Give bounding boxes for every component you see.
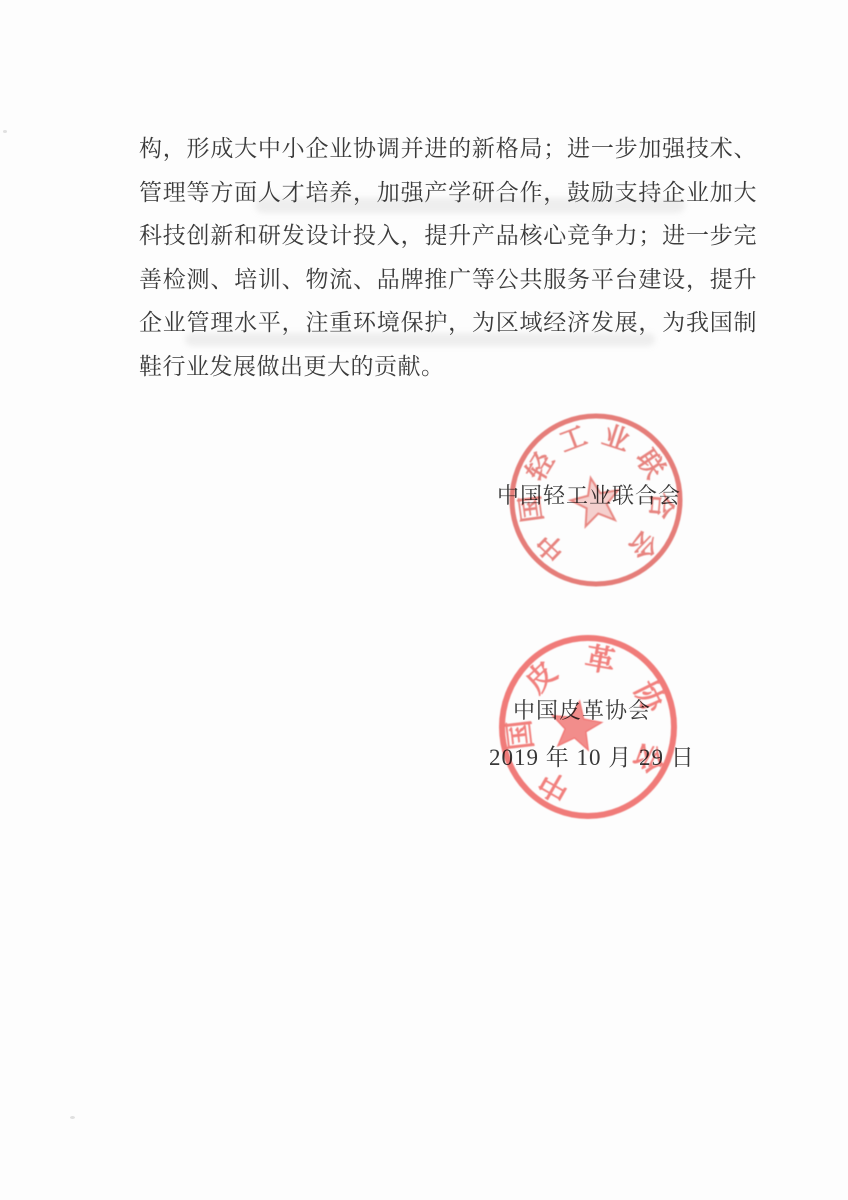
scan-speck (70, 1116, 75, 1119)
document-page: 构，形成大中小企业协调并进的新格局；进一步加强技术、 管理等方面人才培养，加强产… (0, 0, 848, 1200)
scan-speck (3, 130, 7, 133)
five-pointed-star-icon (567, 473, 624, 528)
body-line-3: 科技创新和研发设计投入，提升产品核心竞争力；进一步完 (139, 214, 757, 258)
body-line-2: 管理等方面人才培养，加强产学研合作，鼓励支持企业加大 (139, 171, 757, 215)
seal-light-industry: 中国轻工业联合会 (496, 400, 696, 600)
body-line-6: 鞋行业发展做出更大的贡献。 (139, 345, 757, 389)
body-line-1: 构，形成大中小企业协调并进的新格局；进一步加强技术、 (139, 127, 757, 171)
five-pointed-star-icon (548, 698, 604, 752)
body-line-4: 善检测、培训、物流、品牌推广等公共服务平台建设，提升 (139, 258, 757, 302)
body-line-5: 企业管理水平，注重环境保护，为区域经济发展，为我国制 (139, 301, 757, 345)
seal-leather: 中国皮革协会 (488, 627, 688, 827)
letter-body: 构，形成大中小企业协调并进的新格局；进一步加强技术、 管理等方面人才培养，加强产… (139, 127, 757, 388)
